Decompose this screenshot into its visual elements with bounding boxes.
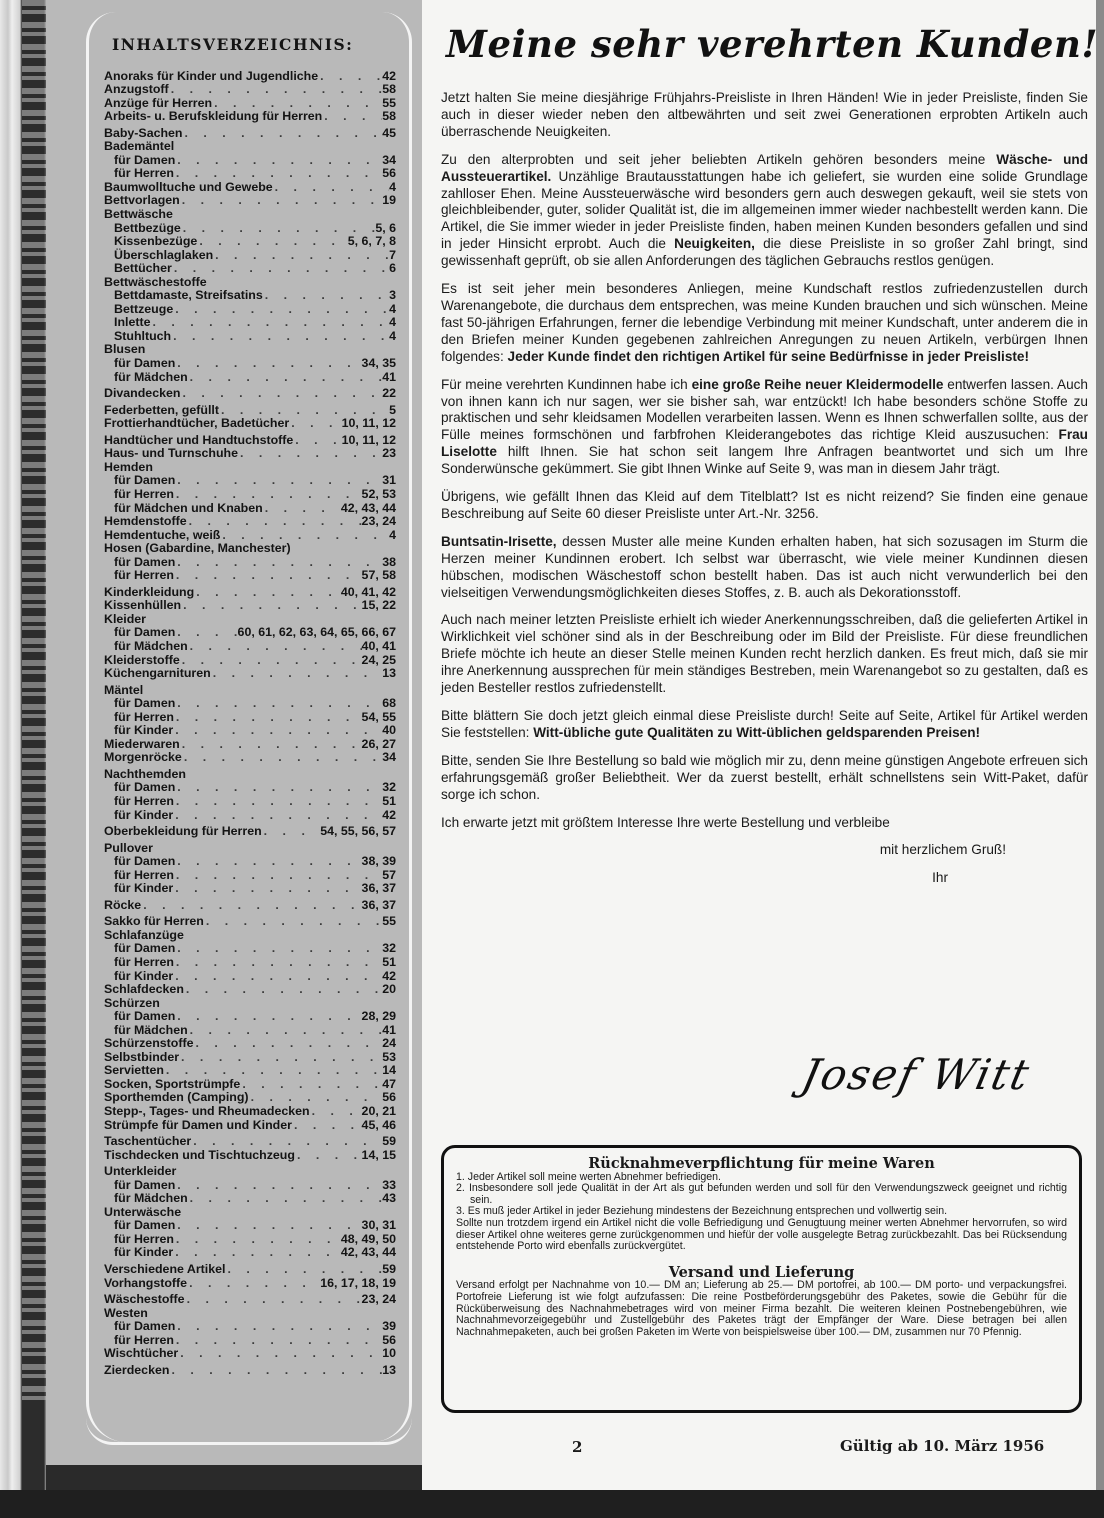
terms-box: Rücknahmeverpflichtung für meine Waren 1…	[441, 1145, 1082, 1413]
toc-entry-page: 42	[382, 809, 396, 823]
toc-entry: für Damen33	[104, 1179, 396, 1193]
toc-entry-page: 68	[382, 697, 396, 711]
toc-entry: Schürzen	[104, 997, 396, 1011]
toc-entry-label: Handtücher und Handtuchstoffe	[104, 434, 293, 448]
toc-leader-dots	[188, 640, 362, 654]
toc-entry-page: 22	[382, 387, 396, 401]
toc-leader-dots	[310, 1105, 362, 1119]
toc-leader-dots	[249, 1091, 383, 1105]
closing-greeting: mit herzlichem Gruß!	[441, 842, 1088, 859]
toc-entry: Sakko für Herren55	[104, 915, 396, 929]
toc-entry: Blusen	[104, 343, 396, 357]
toc-entry: für Mädchen41	[104, 371, 396, 385]
toc-entry-label: für Damen	[114, 556, 175, 570]
toc-entry-page: 48, 49, 50	[341, 1233, 396, 1247]
toc-entry-page: 43	[382, 1192, 396, 1206]
toc-entry: Hemdentuche, weiß4	[104, 529, 396, 543]
toc-leader-dots	[182, 751, 382, 765]
toc-leader-dots	[180, 654, 362, 668]
toc-entry: Handtücher und Handtuchstoffe10, 11, 12	[104, 434, 396, 448]
toc-entry-label: Sakko für Herren	[104, 915, 204, 929]
toc-leader-dots	[225, 1263, 382, 1277]
toc-entry-label: Bettvorlagen	[104, 194, 180, 208]
toc-entry-page: 47	[382, 1078, 396, 1092]
emphasis-text: Witt-übliche gute Qualitäten zu Witt-übl…	[533, 725, 980, 740]
toc-leader-dots	[188, 1024, 383, 1038]
toc-entry-label: für Kinder	[114, 1246, 173, 1260]
toc-leader-dots	[175, 1219, 361, 1233]
toc-entry: Unterwäsche	[104, 1206, 396, 1220]
toc-entry: Sporthemden (Camping)56	[104, 1091, 396, 1105]
toc-entry-page: 55	[382, 97, 396, 111]
toc-entry-page: 36, 37	[362, 882, 396, 896]
toc-entry-page: 24	[382, 1037, 396, 1051]
toc-entry-page: 57	[382, 869, 396, 883]
toc-entry: Kissenbezüge5, 6, 7, 8	[104, 235, 396, 249]
toc-leader-dots	[191, 1135, 382, 1149]
toc-entry-page: 42, 43, 44	[341, 502, 396, 516]
toc-entry: Taschentücher59	[104, 1135, 396, 1149]
toc-entry: Kissenhüllen15, 22	[104, 599, 396, 613]
toc-entry: Wischtücher10	[104, 1347, 396, 1361]
toc-entry-page: 56	[382, 167, 396, 181]
toc-entry: Wäschestoffe23, 24	[104, 1293, 396, 1307]
toc-entry: für Mädchen41	[104, 1024, 396, 1038]
body-text: Bitte, senden Sie Ihre Bestellung so bal…	[441, 753, 1088, 802]
toc-entry-page: 4	[389, 181, 396, 195]
toc-leader-dots	[181, 599, 361, 613]
toc-entry: Bademäntel	[104, 140, 396, 154]
toc-entry-page: 34	[382, 154, 396, 168]
toc-entry-label: Wäschestoffe	[104, 1293, 185, 1307]
toc-entry-page: 24, 25	[362, 654, 396, 668]
toc-entry: Divandecken22	[104, 387, 396, 401]
toc-leader-dots	[173, 1246, 341, 1260]
toc-entry-label: Anzugstoff	[104, 83, 169, 97]
toc-entry-label: Kissenhüllen	[104, 599, 181, 613]
toc-entry: Nachthemden	[104, 768, 396, 782]
toc-entry: Anoraks für Kinder und Jugendliche42	[104, 70, 396, 84]
letter-body: Jetzt halten Sie meine diesjährige Frühj…	[441, 90, 1088, 898]
toc-leader-dots	[219, 404, 389, 418]
toc-entry-label: Federbetten, gefüllt	[104, 404, 219, 418]
toc-leader-dots	[175, 855, 361, 869]
toc-entry: für Herren57, 58	[104, 569, 396, 583]
toc-entry-page: 40, 41, 42	[341, 586, 396, 600]
toc-entry-page: 13	[382, 1364, 396, 1378]
toc-leader-dots	[151, 316, 390, 330]
toc-entry-page: 13	[382, 667, 396, 681]
toc-entry-label: für Damen	[114, 1179, 175, 1193]
toc-list: Anoraks für Kinder und Jugendliche42Anzu…	[104, 70, 396, 1378]
toc-leader-dots	[273, 181, 389, 195]
toc-entry-label: Bettzeuge	[114, 303, 173, 317]
toc-entry-label: Kinderkleidung	[104, 586, 194, 600]
toc-entry: Röcke36, 37	[104, 899, 396, 913]
toc-leader-dots	[174, 1233, 341, 1247]
toc-leader-dots	[173, 724, 382, 738]
toc-entry-page: 4	[389, 529, 396, 543]
toc-entry-label: für Mädchen und Knaben	[114, 502, 263, 516]
toc-entry: Kinderkleidung40, 41, 42	[104, 586, 396, 600]
toc-leader-dots	[174, 795, 382, 809]
toc-leader-dots	[141, 899, 361, 913]
toc-leader-dots	[238, 447, 382, 461]
toc-entry-label: Morgenröcke	[104, 751, 182, 765]
toc-leader-dots	[174, 569, 362, 583]
toc-leader-dots	[204, 915, 382, 929]
toc-entry-label: Hemdentuche, weiß	[104, 529, 220, 543]
toc-entry-label: Schlafdecken	[104, 983, 184, 997]
toc-entry: Bettdamaste, Streifsatins3	[104, 289, 396, 303]
toc-entry: für Damen68	[104, 697, 396, 711]
toc-entry-page: 42	[382, 70, 396, 84]
toc-entry-label: Frottierhandtücher, Badetücher	[104, 417, 289, 431]
toc-entry-page: 34, 35	[362, 357, 396, 371]
toc-entry-page: 41	[382, 1024, 396, 1038]
toc-entry-page: 59	[382, 1135, 396, 1149]
toc-entry-page: 54, 55	[362, 711, 396, 725]
toc-entry: für Herren52, 53	[104, 488, 396, 502]
toc-entry: Oberbekleidung für Herren54, 55, 56, 57	[104, 825, 396, 839]
toc-entry-label: Inlette	[114, 316, 151, 330]
toc-entry-page: 56	[382, 1334, 396, 1348]
toc-entry: Bettbezüge5, 6	[104, 222, 396, 236]
toc-entry: für Damen32	[104, 942, 396, 956]
toc-entry: für Kinder40	[104, 724, 396, 738]
emphasis-text: Neuigkeiten,	[674, 236, 755, 251]
toc-entry: für Damen28, 29	[104, 1010, 396, 1024]
bottom-edge	[0, 1490, 1104, 1518]
toc-leader-dots	[240, 1078, 382, 1092]
toc-entry-label: für Damen	[114, 1219, 175, 1233]
toc-entry-page: 38	[382, 556, 396, 570]
toc-entry-page: 31	[382, 474, 396, 488]
toc-entry-label: Tischdecken und Tischtuchzeug	[104, 1149, 295, 1163]
toc-leader-dots	[194, 1037, 383, 1051]
toc-entry-label: für Herren	[114, 167, 174, 181]
toc-entry: für Kinder42, 43, 44	[104, 1246, 396, 1260]
toc-entry-label: für Damen	[114, 1010, 175, 1024]
toc-entry-page: 40	[382, 724, 396, 738]
toc-entry-page: 38, 39	[362, 855, 396, 869]
toc-leader-dots	[293, 434, 341, 448]
toc-entry-label: für Herren	[114, 956, 174, 970]
toc-entry-page: 3	[389, 289, 396, 303]
toc-entry: Inlette4	[104, 316, 396, 330]
toc-entry-label: für Mädchen	[114, 640, 188, 654]
toc-entry-label: Zierdecken	[104, 1364, 169, 1378]
toc-entry-label: Schlafanzüge	[104, 929, 184, 943]
signature: Josef Witt	[792, 1050, 1088, 1125]
toc-entry-page: 56	[382, 1091, 396, 1105]
toc-entry: Baumwolltuche und Gewebe4	[104, 181, 396, 195]
toc-leader-dots	[180, 387, 382, 401]
toc-leader-dots	[263, 502, 341, 516]
toc-entry-label: Selbstbinder	[104, 1051, 179, 1065]
toc-entry-page: 15, 22	[362, 599, 396, 613]
toc-entry: Überschlaglaken7	[104, 249, 396, 263]
toc-entry-label: Schürzen	[104, 997, 160, 1011]
toc-entry-label: Vorhangstoffe	[104, 1277, 187, 1291]
toc-entry-label: Bettücher	[114, 262, 172, 276]
page-edge	[1096, 0, 1104, 1495]
toc-leader-dots	[185, 1293, 362, 1307]
toc-leader-dots	[175, 1179, 382, 1193]
toc-entry-label: Bademäntel	[104, 140, 174, 154]
toc-entry: Miederwaren26, 27	[104, 738, 396, 752]
toc-entry-page: 23, 24	[362, 1293, 396, 1307]
toc-entry: Hosen (Gabardine, Manchester)	[104, 542, 396, 556]
toc-entry-label: Hosen (Gabardine, Manchester)	[104, 542, 291, 556]
body-text: Übrigens, wie gefällt Ihnen das Kleid au…	[441, 489, 1088, 521]
toc-entry-page: 41	[382, 371, 396, 385]
toc-leader-dots	[180, 738, 362, 752]
toc-entry-page: 20	[382, 983, 396, 997]
binding-strip	[0, 0, 46, 1518]
toc-entry-label: Überschlaglaken	[114, 249, 213, 263]
toc-entry-label: Servietten	[104, 1064, 164, 1078]
toc-entry-page: 30, 31	[362, 1219, 396, 1233]
toc-entry: Bettücher6	[104, 262, 396, 276]
toc-entry-page: 10, 11, 12	[342, 434, 396, 448]
toc-entry: Mäntel	[104, 684, 396, 698]
toc-entry-page: 10, 11, 12	[342, 417, 396, 431]
toc-entry-page: 51	[382, 956, 396, 970]
letter-paragraphs: Jetzt halten Sie meine diesjährige Frühj…	[441, 90, 1088, 804]
toc-entry-page: 16, 17, 18, 19	[320, 1277, 396, 1291]
toc-entry: für Damen60, 61, 62, 63, 64, 65, 66, 67	[104, 626, 396, 640]
toc-entry-page: 20, 21	[362, 1105, 396, 1119]
toc-entry: Anzüge für Herren55	[104, 97, 396, 111]
toc-leader-dots	[174, 167, 382, 181]
toc-leader-dots	[173, 882, 361, 896]
toc-entry-page: 40, 41	[362, 640, 396, 654]
toc-entry: für Kinder36, 37	[104, 882, 396, 896]
toc-entry: Stepp-, Tages- und Rheumadecken20, 21	[104, 1105, 396, 1119]
body-text: hilft Ihnen. Sie hat schon seit langem I…	[441, 444, 1088, 476]
toc-leader-dots	[289, 417, 341, 431]
toc-leader-dots	[169, 83, 383, 97]
toc-entry-label: Anzüge für Herren	[104, 97, 212, 111]
toc-entry: Arbeits- u. Berufskleidung für Herren58	[104, 110, 396, 124]
valid-from: Gültig ab 10. März 1956	[840, 1437, 1044, 1455]
toc-leader-dots	[197, 235, 347, 249]
toc-entry-page: 42	[382, 970, 396, 984]
toc-entry-label: Unterkleider	[104, 1165, 176, 1179]
toc-entry-label: für Kinder	[114, 724, 173, 738]
toc-leader-dots	[262, 825, 321, 839]
toc-leader-dots	[174, 1334, 382, 1348]
toc-entry-page: 58	[382, 110, 396, 124]
toc-entry-label: für Damen	[114, 626, 175, 640]
toc-leader-dots	[175, 474, 382, 488]
toc-leader-dots	[175, 697, 382, 711]
toc-entry-label: Sporthemden (Camping)	[104, 1091, 249, 1105]
toc-entry-page: 33	[382, 1179, 396, 1193]
toc-leader-dots	[211, 667, 382, 681]
toc-entry-label: Hemden	[104, 461, 153, 475]
toc-leader-dots	[187, 1277, 320, 1291]
toc-entry: Haus- und Turnschuhe23	[104, 447, 396, 461]
toc-entry-label: für Damen	[114, 474, 175, 488]
toc-leader-dots	[180, 194, 382, 208]
toc-entry-label: für Kinder	[114, 882, 173, 896]
toc-entry: Bettwäsche	[104, 208, 396, 222]
toc-leader-dots	[174, 956, 382, 970]
toc-leader-dots	[169, 1364, 382, 1378]
toc-entry-page: 32	[382, 781, 396, 795]
toc-entry: Pullover	[104, 842, 396, 856]
page-number: 2	[572, 1438, 582, 1456]
toc-entry: für Herren51	[104, 795, 396, 809]
toc-entry-label: für Damen	[114, 697, 175, 711]
closing-line: Ich erwarte jetzt mit größtem Interesse …	[441, 815, 1088, 832]
toc-entry-page: 4	[389, 330, 396, 344]
toc-entry-page: 32	[382, 942, 396, 956]
toc-entry: für Damen34, 35	[104, 357, 396, 371]
toc-leader-dots	[174, 869, 382, 883]
toc-entry-page: 4	[389, 303, 396, 317]
toc-entry-label: für Mädchen	[114, 1192, 188, 1206]
toc-entry-label: Hemdenstoffe	[104, 515, 187, 529]
toc-entry-label: für Herren	[114, 569, 174, 583]
toc-entry-page: 23	[382, 447, 396, 461]
returns-title: Rücknahmeverpflichtung für meine Waren	[456, 1158, 1067, 1170]
toc-leader-dots	[188, 1192, 383, 1206]
toc-entry-page: 36, 37	[362, 899, 396, 913]
toc-entry-label: Bettwäschestoffe	[104, 276, 207, 290]
letter-paragraph: Jetzt halten Sie meine diesjährige Frühj…	[441, 90, 1088, 141]
toc-entry-page: 6	[389, 262, 396, 276]
toc-entry-label: Blusen	[104, 343, 145, 357]
toc-entry-label: Kleider	[104, 613, 146, 627]
toc-entry-label: Stuhltuch	[114, 330, 171, 344]
toc-title: INHALTSVERZEICHNIS:	[112, 38, 396, 52]
toc-entry: Tischdecken und Tischtuchzeug14, 15	[104, 1149, 396, 1163]
emphasis-text: eine große Reihe neuer Kleidermodelle	[692, 377, 944, 392]
body-text: Auch nach meiner letzten Preisliste erhi…	[441, 612, 1088, 695]
letter-paragraph: Für meine verehrten Kundinnen habe ich e…	[441, 377, 1088, 478]
toc-entry: Anzugstoff58	[104, 83, 396, 97]
toc-entry: Bettvorlagen19	[104, 194, 396, 208]
toc-entry-label: Küchengarnituren	[104, 667, 211, 681]
toc-entry-page: 45, 46	[362, 1119, 396, 1133]
toc-entry-page: 42, 43, 44	[341, 1246, 396, 1260]
toc-entry: für Damen30, 31	[104, 1219, 396, 1233]
toc-leader-dots	[173, 970, 382, 984]
toc-entry: für Damen38, 39	[104, 855, 396, 869]
letter-paragraph: Bitte, senden Sie Ihre Bestellung so bal…	[441, 753, 1088, 804]
toc-leader-dots	[175, 1320, 382, 1334]
toc-entry: Verschiedene Artikel59	[104, 1263, 396, 1277]
emphasis-text: Jeder Kunde findet den richtigen Artikel…	[508, 349, 1029, 364]
toc-leader-dots	[263, 289, 389, 303]
toc-entry: Zierdecken13	[104, 1364, 396, 1378]
toc-entry: Küchengarnituren13	[104, 667, 396, 681]
toc-leader-dots	[174, 711, 362, 725]
table-of-contents: INHALTSVERZEICHNIS: Anoraks für Kinder u…	[104, 38, 396, 1377]
toc-entry: für Kinder42	[104, 970, 396, 984]
toc-entry-label: Baby-Sachen	[104, 127, 183, 141]
returns-text: Sollte nun trotzdem irgend ein Artikel n…	[456, 1218, 1067, 1253]
returns-list: 1. Jeder Artikel soll meine werten Abneh…	[456, 1172, 1067, 1218]
toc-leader-dots	[164, 1064, 382, 1078]
toc-entry-label: für Herren	[114, 795, 174, 809]
letter-paragraph: Bitte blättern Sie doch jetzt gleich ein…	[441, 708, 1088, 742]
toc-entry: Kleiderstoffe24, 25	[104, 654, 396, 668]
closing-ihr: Ihr	[441, 870, 1088, 887]
toc-entry: für Herren57	[104, 869, 396, 883]
toc-leader-dots	[295, 1149, 362, 1163]
toc-leader-dots	[184, 983, 382, 997]
toc-entry-label: für Damen	[114, 942, 175, 956]
toc-leader-dots	[172, 262, 389, 276]
shipping-title: Versand und Lieferung	[456, 1267, 1067, 1279]
toc-entry-label: Socken, Sportstrümpfe	[104, 1078, 240, 1092]
toc-entry-page: 53	[382, 1051, 396, 1065]
toc-entry: für Damen38	[104, 556, 396, 570]
letter-greeting: Meine sehr verehrten Kunden!	[446, 22, 1086, 66]
toc-entry: Schürzenstoffe24	[104, 1037, 396, 1051]
toc-entry: für Kinder42	[104, 809, 396, 823]
toc-entry-label: Schürzenstoffe	[104, 1037, 194, 1051]
toc-entry-label: Oberbekleidung für Herren	[104, 825, 262, 839]
toc-entry-label: Kleiderstoffe	[104, 654, 180, 668]
toc-entry: Kleider	[104, 613, 396, 627]
toc-entry: Baby-Sachen45	[104, 127, 396, 141]
toc-entry-page: 10	[382, 1347, 396, 1361]
toc-entry-label: für Damen	[114, 357, 175, 371]
toc-entry-label: Mäntel	[104, 684, 143, 698]
toc-entry: Stuhltuch4	[104, 330, 396, 344]
shipping-text: Versand erfolgt per Nachnahme von 10.— D…	[456, 1280, 1067, 1338]
toc-leader-dots	[181, 222, 376, 236]
toc-entry-label: für Damen	[114, 781, 175, 795]
toc-entry-page: 28, 29	[362, 1010, 396, 1024]
toc-entry-page: 58	[382, 83, 396, 97]
toc-entry: Selbstbinder53	[104, 1051, 396, 1065]
toc-entry-label: Haus- und Turnschuhe	[104, 447, 238, 461]
toc-entry-label: für Herren	[114, 711, 174, 725]
toc-entry: Schlafanzüge	[104, 929, 396, 943]
toc-entry-label: Divandecken	[104, 387, 180, 401]
toc-entry-label: Miederwaren	[104, 738, 180, 752]
toc-entry-page: 14, 15	[362, 1149, 396, 1163]
toc-entry: Federbetten, gefüllt5	[104, 404, 396, 418]
toc-entry-page: 57, 58	[362, 569, 396, 583]
returns-item: 2. Insbesondere soll jede Qualität in de…	[456, 1183, 1067, 1206]
toc-leader-dots	[174, 488, 362, 502]
toc-entry-page: 54, 55, 56, 57	[320, 825, 396, 839]
toc-entry: Westen	[104, 1307, 396, 1321]
toc-entry: für Herren56	[104, 167, 396, 181]
emphasis-text: Buntsatin-Irisette,	[441, 534, 557, 549]
toc-leader-dots	[175, 942, 382, 956]
toc-entry: Servietten14	[104, 1064, 396, 1078]
toc-leader-dots	[175, 154, 382, 168]
toc-entry-label: Kissenbezüge	[114, 235, 197, 249]
toc-entry-label: für Kinder	[114, 970, 173, 984]
toc-leader-dots	[322, 110, 382, 124]
toc-entry-label: Bettbezüge	[114, 222, 181, 236]
toc-entry-page: 5	[389, 404, 396, 418]
toc-entry-label: Pullover	[104, 842, 153, 856]
letter-paragraph: Buntsatin-Irisette, dessen Muster alle m…	[441, 534, 1088, 602]
letter-paragraph: Zu den alterprobten und seit jeher belie…	[441, 152, 1088, 270]
toc-leader-dots	[187, 515, 362, 529]
toc-leader-dots	[175, 556, 382, 570]
